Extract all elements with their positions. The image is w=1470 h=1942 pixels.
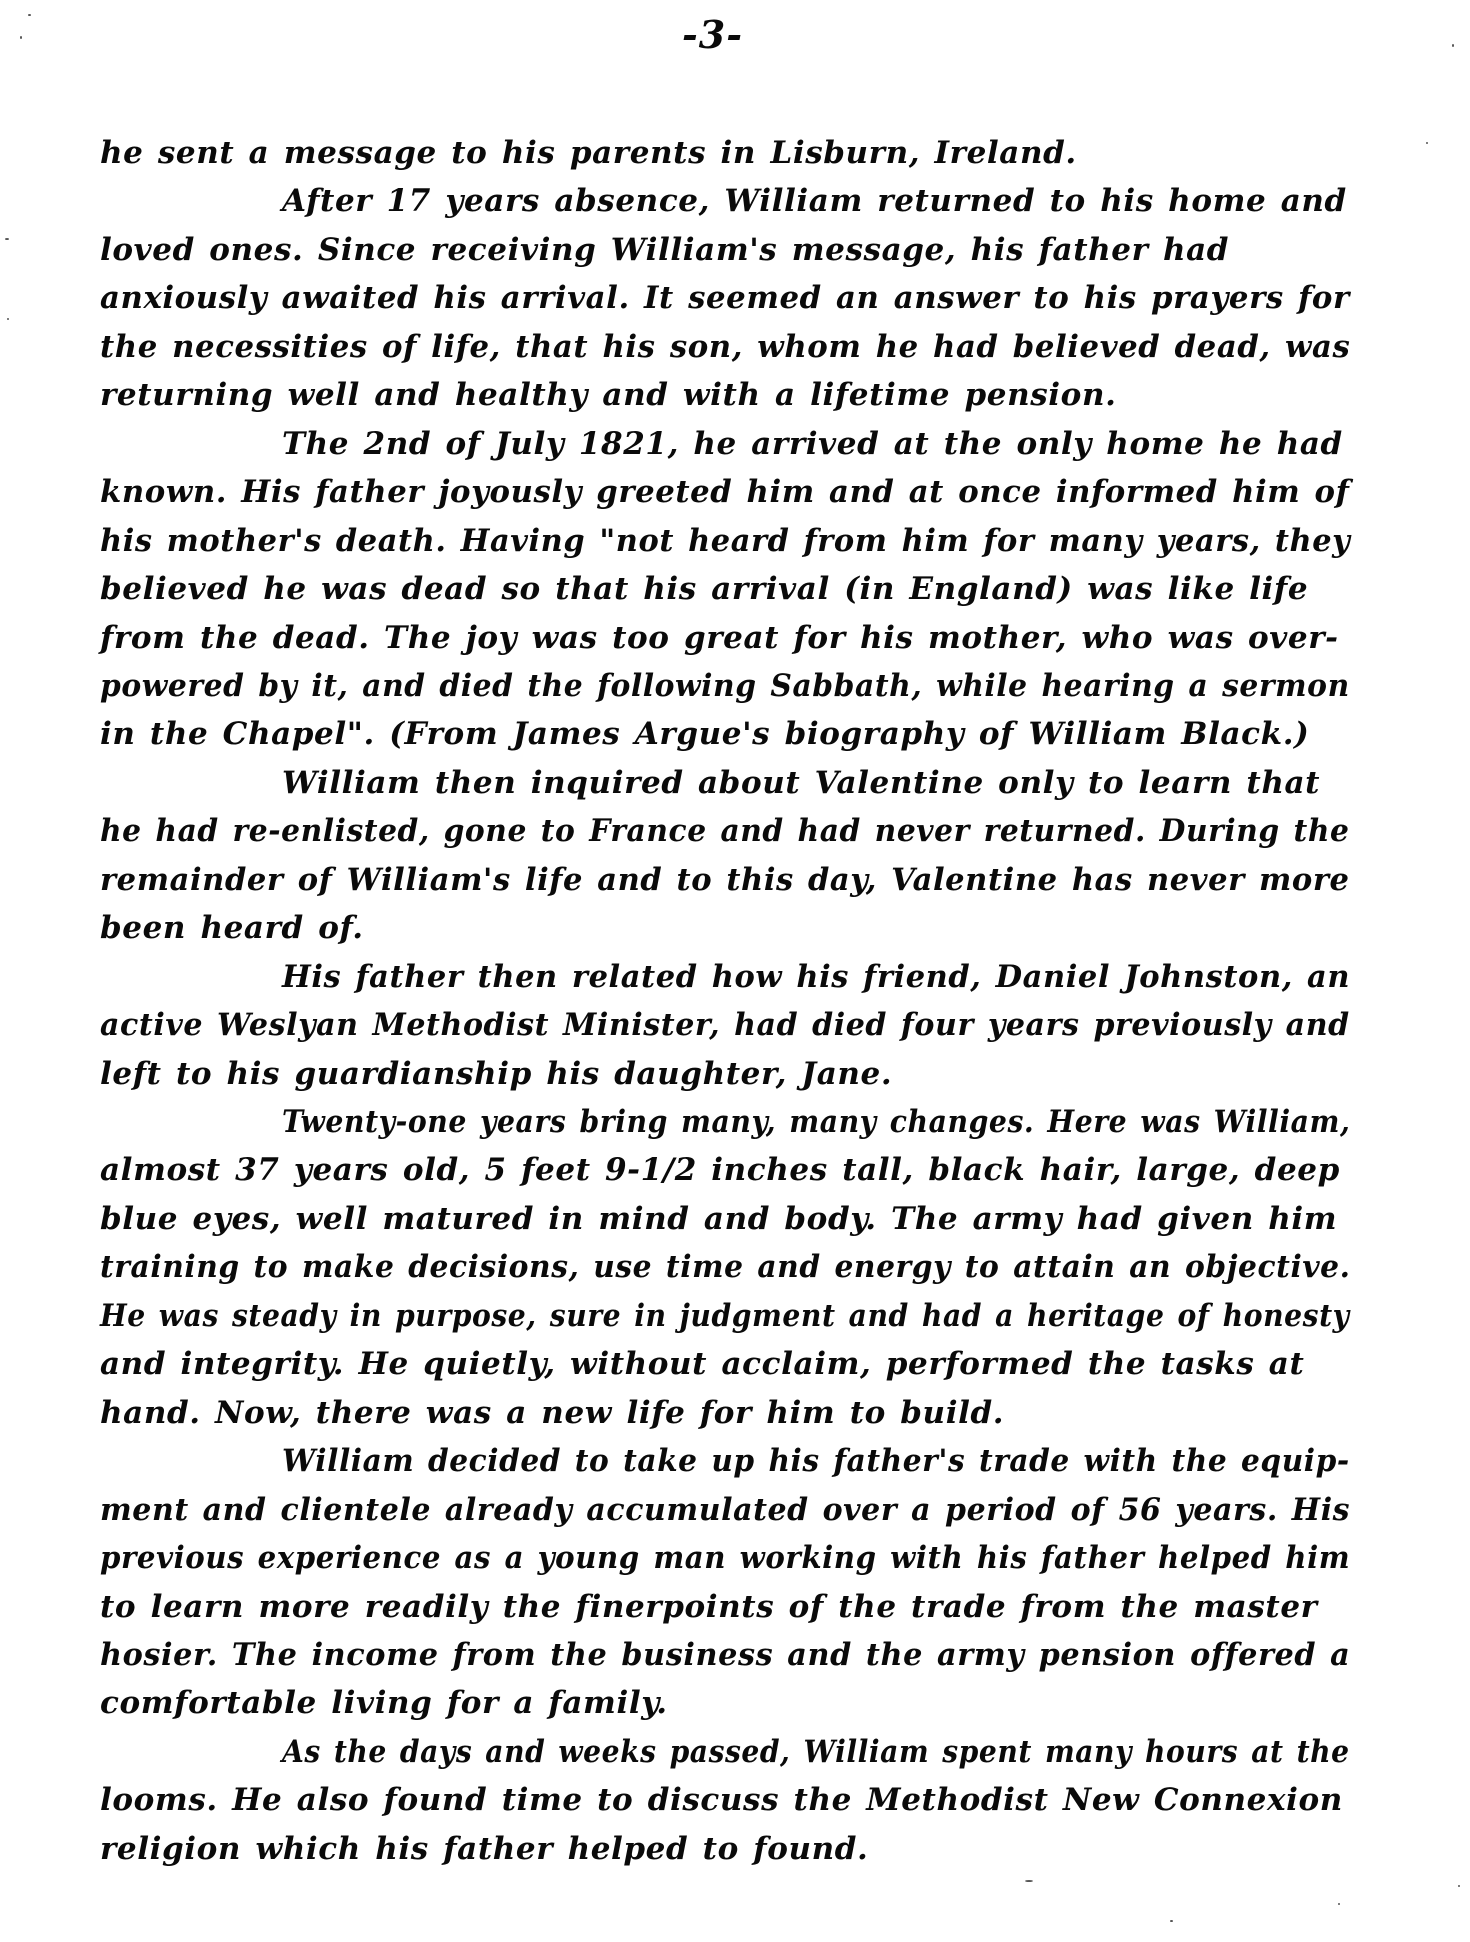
text-line: he sent a message to his parents in Lisb… xyxy=(100,133,1077,173)
text-line: and integrity. He quietly, without accla… xyxy=(100,1344,1304,1384)
text-line: his mother's death. Having "not heard fr… xyxy=(100,521,1350,561)
text-line: he had re-enlisted, gone to France and h… xyxy=(100,811,1349,851)
text-line: anxiously awaited his arrival. It seemed… xyxy=(100,278,1350,318)
scan-speck xyxy=(1025,1880,1033,1882)
text-line: been heard of. xyxy=(100,908,364,948)
scan-speck xyxy=(1338,1903,1340,1905)
paragraph-first-line: William then inquired about Valentine on… xyxy=(282,763,1320,803)
text-line: He was steady in purpose, sure in judgme… xyxy=(100,1296,1350,1336)
text-line: known. His father joyously greeted him a… xyxy=(100,472,1349,512)
text-line: hand. Now, there was a new life for him … xyxy=(100,1393,1004,1433)
text-line: looms. He also found time to discuss the… xyxy=(100,1780,1343,1820)
text-line: active Weslyan Methodist Minister, had d… xyxy=(100,1005,1350,1045)
text-line: training to make decisions, use time and… xyxy=(100,1247,1351,1287)
text-line: the necessities of life, that his son, w… xyxy=(100,327,1350,367)
text-line: to learn more readily the finerpoints of… xyxy=(100,1587,1318,1627)
scan-speck xyxy=(1426,142,1428,144)
text-line: comfortable living for a family. xyxy=(100,1683,668,1723)
text-line: blue eyes, well matured in mind and body… xyxy=(100,1199,1337,1239)
paragraph-first-line: His father then related how his friend, … xyxy=(282,957,1350,997)
scan-speck xyxy=(1458,1885,1460,1887)
text-line: in the Chapel". (From James Argue's biog… xyxy=(100,714,1309,754)
text-line: loved ones. Since receiving William's me… xyxy=(100,230,1229,270)
paragraph-first-line: As the days and weeks passed, William sp… xyxy=(282,1732,1350,1772)
scan-speck xyxy=(1170,1920,1173,1922)
text-line: believed he was dead so that his arrival… xyxy=(100,569,1308,609)
paragraph-first-line: After 17 years absence, William returned… xyxy=(282,181,1347,221)
text-line: remainder of William's life and to this … xyxy=(100,860,1350,900)
paragraph-first-line: William decided to take up his father's … xyxy=(282,1441,1350,1481)
scan-speck xyxy=(20,36,22,39)
text-line: powered by it, and died the following Sa… xyxy=(100,666,1350,706)
scan-speck xyxy=(5,238,9,240)
scan-speck xyxy=(1452,44,1454,47)
text-line: previous experience as a young man worki… xyxy=(100,1538,1350,1578)
text-line: left to his guardianship his daughter, J… xyxy=(100,1054,892,1094)
scan-speck xyxy=(7,318,9,320)
text-line: ment and clientele already accumulated o… xyxy=(100,1490,1350,1530)
document-page: -3- he sent a message to his parents in … xyxy=(0,0,1470,1942)
text-line: almost 37 years old, 5 feet 9-1/2 inches… xyxy=(100,1150,1340,1190)
text-line: hosier. The income from the business and… xyxy=(100,1635,1350,1675)
scan-speck xyxy=(28,14,31,16)
text-line: religion which his father helped to foun… xyxy=(100,1829,868,1869)
text-line: returning well and healthy and with a li… xyxy=(100,375,1117,415)
paragraph-first-line: Twenty-one years bring many, many change… xyxy=(282,1102,1350,1142)
paragraph-first-line: The 2nd of July 1821, he arrived at the … xyxy=(282,424,1343,464)
body-text: he sent a message to his parents in Lisb… xyxy=(0,0,1470,1942)
text-line: from the dead. The joy was too great for… xyxy=(100,618,1339,658)
